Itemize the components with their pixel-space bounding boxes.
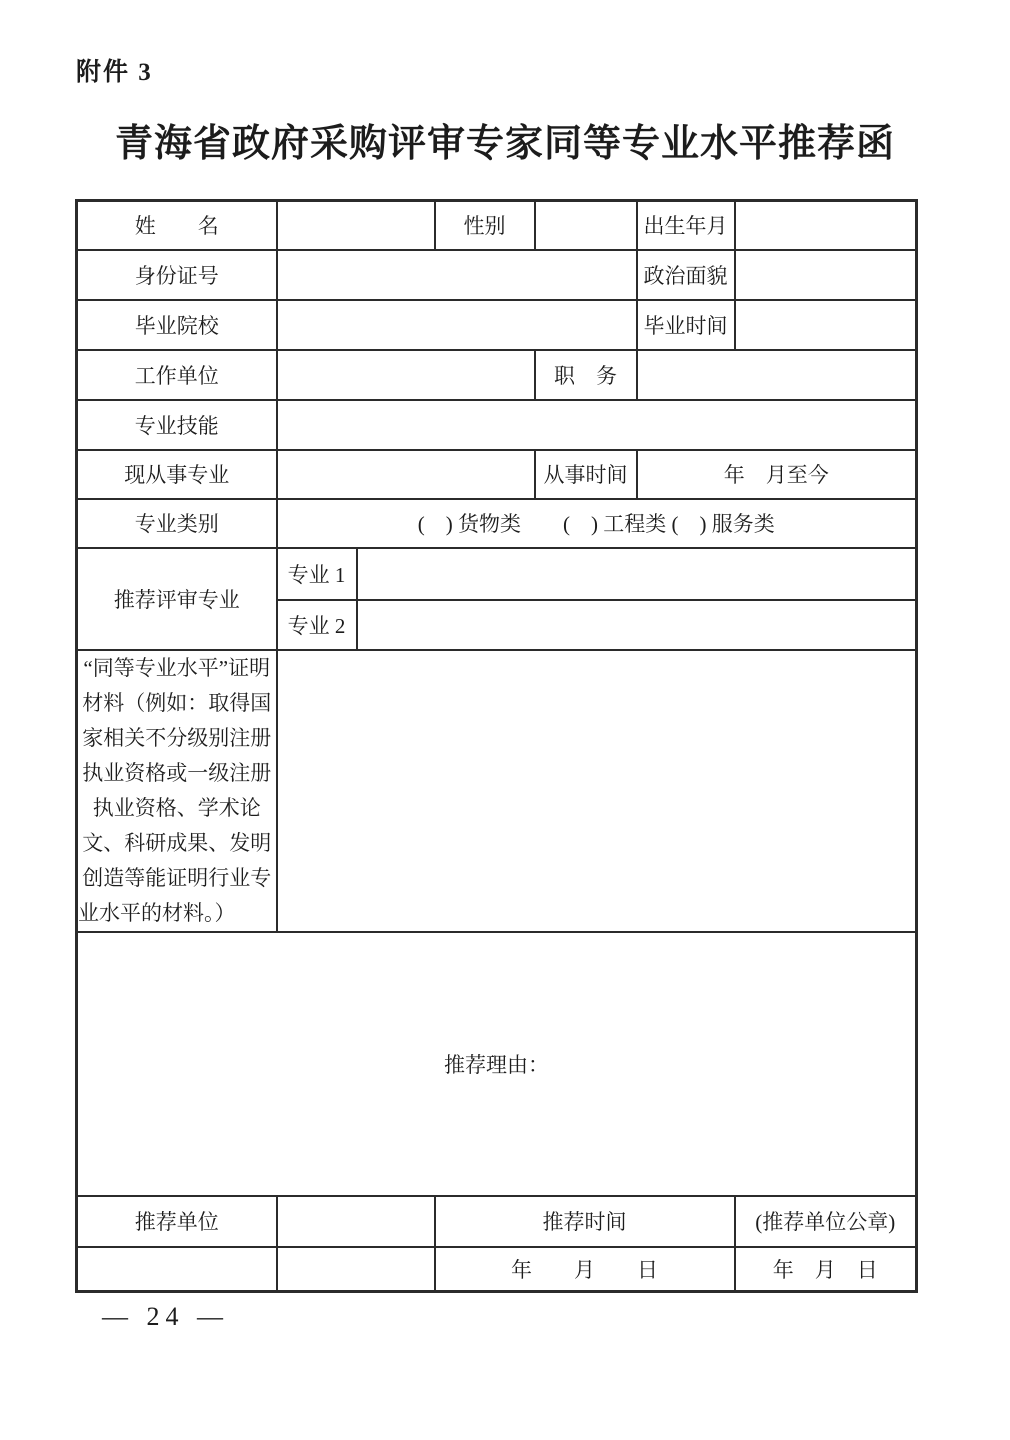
position-value-cell [637, 350, 917, 400]
skill-value-cell [277, 400, 917, 450]
row-equivalence-proof: “同等专业水平”证明材料（例如：取得国家相关不分级别注册执业资格或一级注册执业资… [77, 650, 917, 932]
reason-label: 推荐理由： [77, 932, 917, 1196]
position-label: 职 务 [535, 350, 637, 400]
gender-label: 性别 [435, 201, 535, 250]
id-number-label: 身份证号 [77, 250, 277, 300]
major2-label: 专业 2 [277, 600, 357, 650]
category-label: 专业类别 [77, 499, 277, 548]
recommendation-form-table: 姓 名 性别 出生年月 身份证号 政治面貌 毕业院校 毕业时间 工作单位 职 务… [75, 199, 918, 1293]
row-skill: 专业技能 [77, 400, 917, 450]
row-reason: 推荐理由： [77, 932, 917, 1196]
school-value-cell [277, 300, 637, 350]
recommend-unit-label: 推荐单位 [77, 1196, 277, 1247]
equivalence-proof-label: “同等专业水平”证明材料（例如：取得国家相关不分级别注册执业资格或一级注册执业资… [77, 650, 277, 932]
political-status-value-cell [735, 250, 917, 300]
row-id-political: 身份证号 政治面貌 [77, 250, 917, 300]
work-unit-value-cell [277, 350, 535, 400]
recommend-unit-value-cell [277, 1196, 435, 1247]
equivalence-proof-value-cell [277, 650, 917, 932]
engaged-since-text: 年 月至今 [637, 450, 917, 499]
recommended-major-label: 推荐评审专业 [77, 548, 277, 650]
row-name-gender-birth: 姓 名 性别 出生年月 [77, 201, 917, 250]
recommend-date-text: 年 月 日 [435, 1247, 735, 1292]
row-workunit-position: 工作单位 职 务 [77, 350, 917, 400]
row-recommend-unit: 推荐单位 推荐时间 (推荐单位公章) [77, 1196, 917, 1247]
page-title: 青海省政府采购评审专家同等专业水平推荐函 [0, 112, 1010, 167]
graduation-time-label: 毕业时间 [637, 300, 735, 350]
recommend-unit-value-empty-cell [277, 1247, 435, 1292]
political-status-label: 政治面貌 [637, 250, 735, 300]
name-label: 姓 名 [77, 201, 277, 250]
id-number-value-cell [277, 250, 637, 300]
page-number: — 24 — [102, 1302, 229, 1332]
major2-value-cell [357, 600, 917, 650]
row-major1: 推荐评审专业 专业 1 [77, 548, 917, 600]
major1-label: 专业 1 [277, 548, 357, 600]
row-category: 专业类别 ( ) 货物类 ( ) 工程类 ( ) 服务类 [77, 499, 917, 548]
recommend-time-label: 推荐时间 [435, 1196, 735, 1247]
skill-label: 专业技能 [77, 400, 277, 450]
major1-value-cell [357, 548, 917, 600]
recommend-unit-empty-cell [77, 1247, 277, 1292]
work-unit-label: 工作单位 [77, 350, 277, 400]
row-school-graduation: 毕业院校 毕业时间 [77, 300, 917, 350]
school-label: 毕业院校 [77, 300, 277, 350]
gender-value-cell [535, 201, 637, 250]
engaged-time-label: 从事时间 [535, 450, 637, 499]
stamp-label: (推荐单位公章) [735, 1196, 917, 1247]
current-profession-value-cell [277, 450, 535, 499]
row-dates: 年 月 日 年 月 日 [77, 1247, 917, 1292]
stamp-date-text: 年 月 日 [735, 1247, 917, 1292]
category-options: ( ) 货物类 ( ) 工程类 ( ) 服务类 [277, 499, 917, 548]
birth-date-label: 出生年月 [637, 201, 735, 250]
current-profession-label: 现从事专业 [77, 450, 277, 499]
graduation-time-value-cell [735, 300, 917, 350]
name-value-cell [277, 201, 435, 250]
row-current-profession: 现从事专业 从事时间 年 月至今 [77, 450, 917, 499]
birth-date-value-cell [735, 201, 917, 250]
attachment-label: 附件 3 [76, 52, 153, 88]
